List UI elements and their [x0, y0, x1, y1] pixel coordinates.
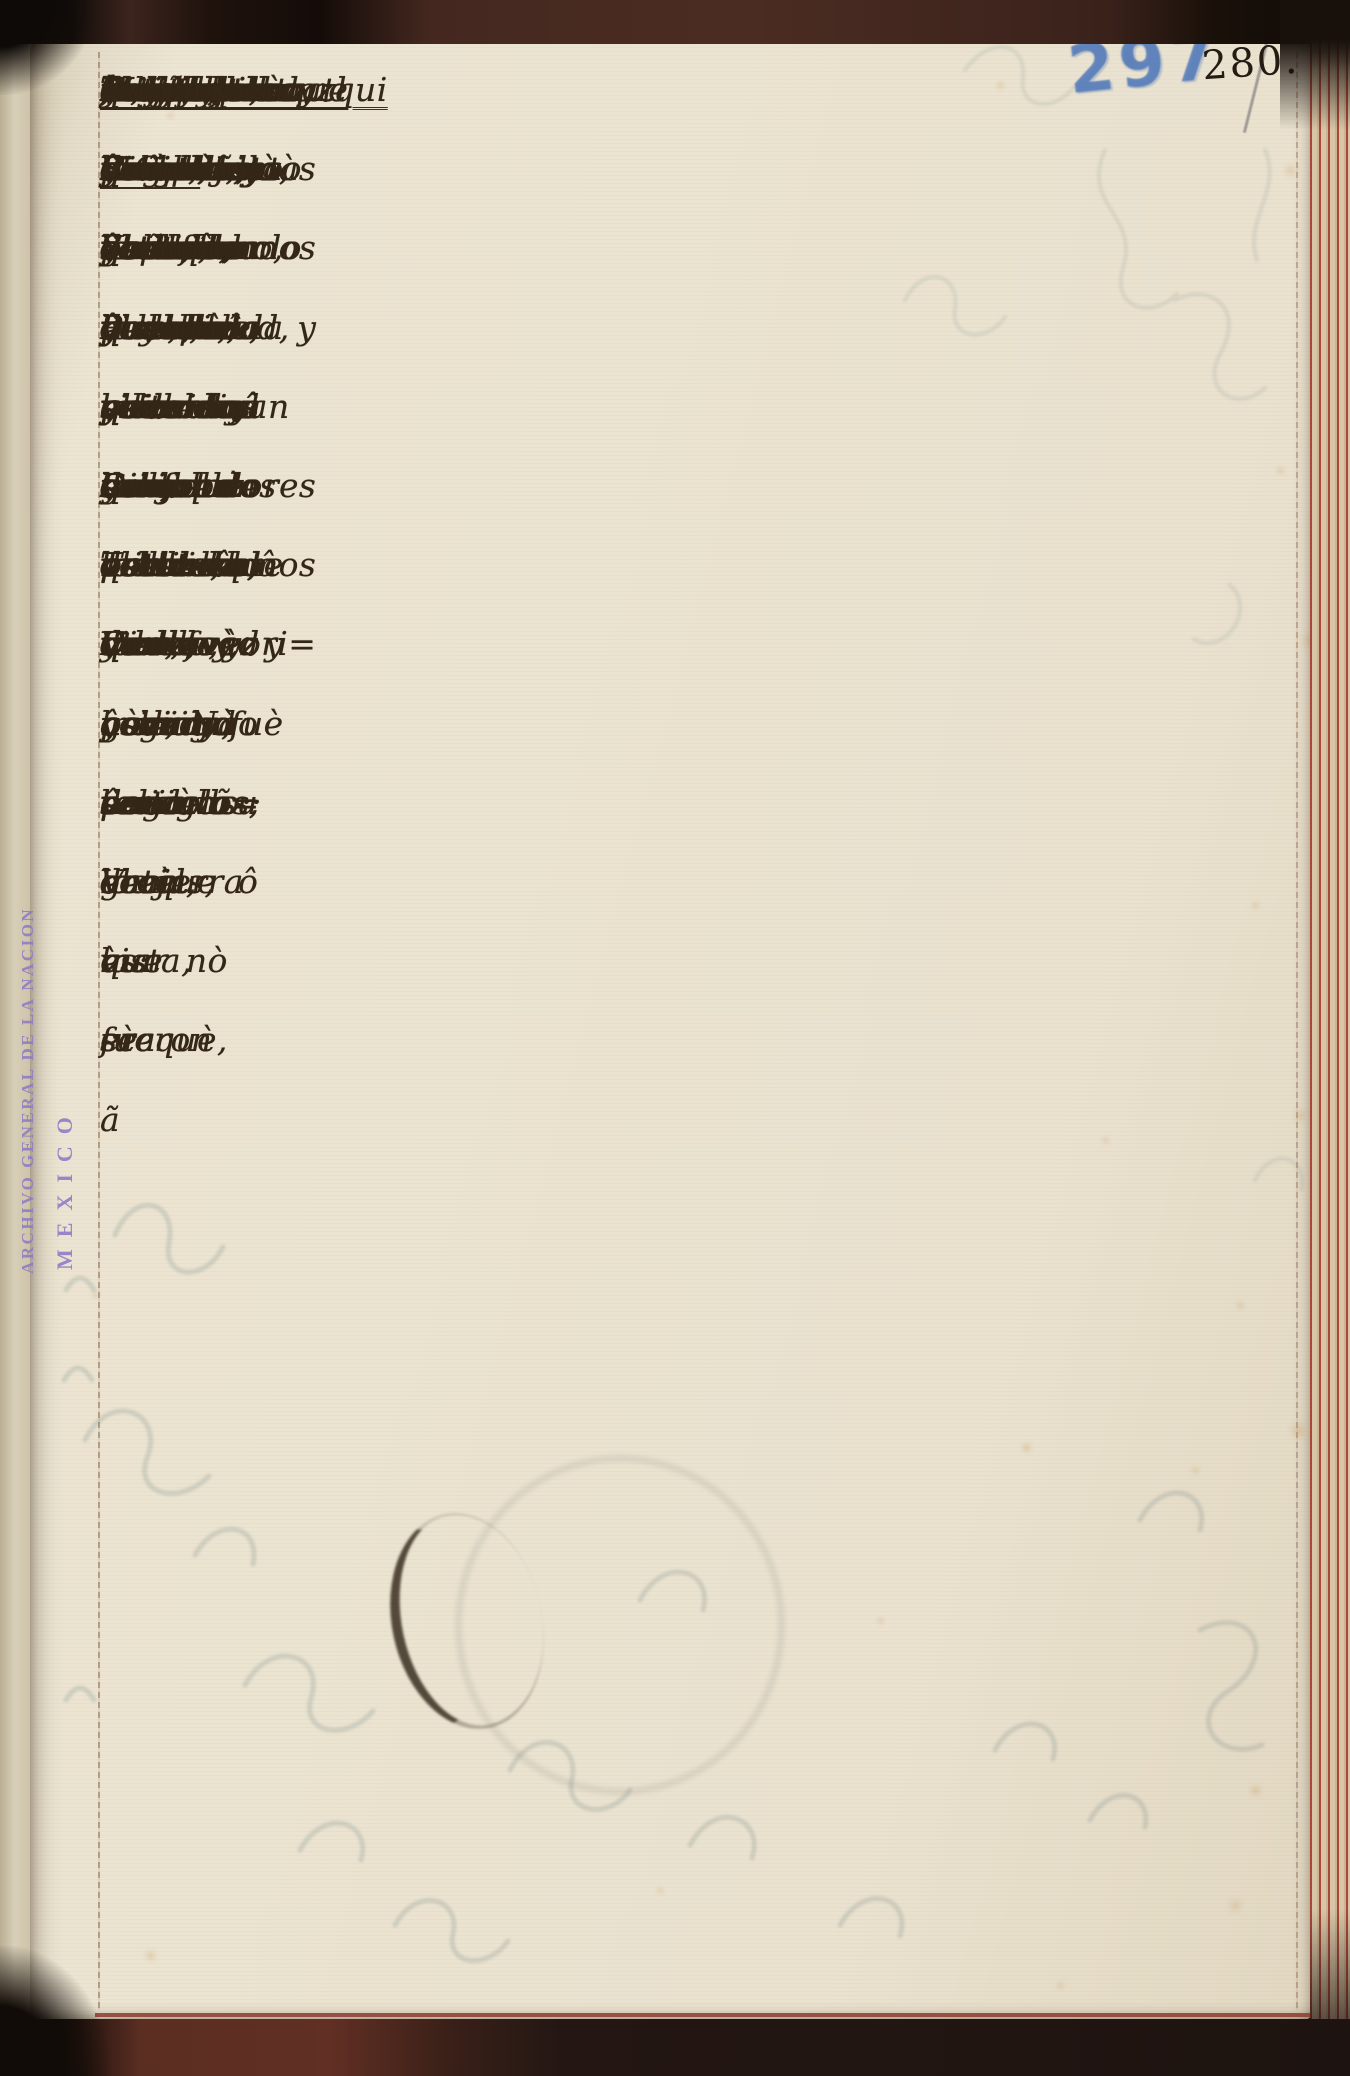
- manuscript-text: Sierra ô Cerro grande, que andaba de una…: [100, 50, 1302, 2035]
- shadow-corner-bottom-left: [0, 1946, 110, 2076]
- shadow-corner-top-right: [1280, 0, 1350, 130]
- book-edge-bottom: [0, 2019, 1350, 2076]
- book-fore-edge: [1310, 0, 1350, 2076]
- page-bottom-red-edge: [95, 2013, 1312, 2017]
- manuscript-photo: ARCHIVO GENERAL DE LA NACION MEXICO Sier…: [0, 0, 1350, 2076]
- text-segment: y aviendo acabado de pezcar se volvieron…: [100, 50, 258, 921]
- book-edge-top: [0, 0, 1350, 44]
- shadow-corner-top-left: [0, 0, 95, 95]
- archive-stamp-mexico: MEXICO: [52, 925, 94, 1270]
- archive-stamp-name: ARCHIVO GENERAL DE LA NACION: [18, 862, 48, 1274]
